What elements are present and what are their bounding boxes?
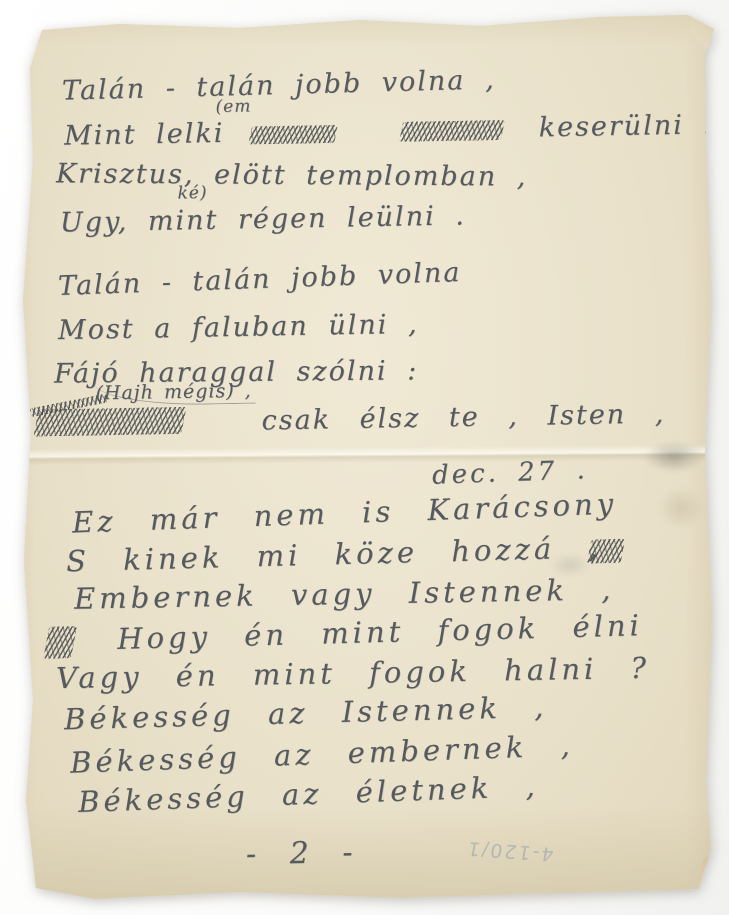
poem-line-text: Krisztus, elött templomban , <box>56 158 528 192</box>
strikethrough-scribble <box>43 626 77 659</box>
poem-line-text: Most a faluban ülni , <box>58 309 419 346</box>
poem-line: Hogy én mint fogok élni <box>46 608 644 659</box>
page-number: - 2 - <box>246 835 363 872</box>
poem-line-text: Mint lelki <box>64 118 225 152</box>
poem-line-text: Békesség az Istennek , <box>64 690 548 737</box>
stain-smudge <box>648 478 714 538</box>
inserted-word: (Hajh mégis) , <box>93 380 256 407</box>
poem-line-text: Vagy én mint fogok halni ? <box>56 651 651 695</box>
poem-line: Talán - talán jobb volna <box>58 257 462 302</box>
poem-line: Krisztus, elött templomban , <box>56 158 528 192</box>
strikethrough-scribble <box>33 407 186 437</box>
inserted-word: (em <box>215 96 251 117</box>
date-annotation: dec. 27 . <box>432 455 589 490</box>
poem-line: Mint lelki (em keserülni : <box>64 109 715 151</box>
torn-corner <box>690 15 716 55</box>
manuscript-paper: Talán - talán jobb volna , Mint lelki (e… <box>0 0 729 915</box>
strikethrough-scribble <box>399 120 505 142</box>
poem-line: Vagy én mint fogok halni ? <box>56 651 651 695</box>
poem-line-text: Talán - talán jobb volna <box>58 257 462 302</box>
poem-line-text: Ugy, mint régen leülni . <box>60 200 466 238</box>
poem-line: Talán - talán jobb volna , <box>62 64 496 106</box>
poem-line: Békesség az Istennek , <box>64 690 548 737</box>
poem-line: Embernek vagy Istennek , <box>74 572 615 615</box>
archival-mark-text: 4-120/1 <box>464 837 555 865</box>
strikethrough-scribble <box>587 539 625 564</box>
poem-line: (Hajh mégis) , csak élsz te , Isten , <box>36 399 666 441</box>
poem-line-text: keserülni : <box>538 109 714 143</box>
pencil-smudge <box>632 436 716 478</box>
poem-line-text: Hogy én mint fogok élni <box>117 608 643 656</box>
poem-line: ké) Ugy, mint régen leülni . <box>60 200 466 238</box>
poem-line: Most a faluban ülni , <box>58 309 419 346</box>
poem-line-text: Talán - talán jobb volna , <box>62 64 496 106</box>
inserted-word: ké) <box>177 183 207 204</box>
strikethrough-scribble <box>248 125 337 145</box>
photo-backdrop: Talán - talán jobb volna , Mint lelki (e… <box>0 0 729 915</box>
poem-line-text: S kinek mi köze hozzá , <box>66 530 602 578</box>
archival-mark: 4-120/1 <box>464 837 555 865</box>
date-text: dec. 27 . <box>432 455 589 490</box>
poem-line-text: Embernek vagy Istennek , <box>74 572 615 615</box>
page-number-text: - 2 - <box>246 835 363 872</box>
paper-shadow-wrap: Talán - talán jobb volna , Mint lelki (e… <box>0 0 729 915</box>
poem-line: S kinek mi köze hozzá , <box>66 530 624 579</box>
fold-crease <box>26 445 712 466</box>
poem-line-text: csak élsz te , Isten , <box>261 399 665 437</box>
tape-remnant <box>697 850 723 894</box>
